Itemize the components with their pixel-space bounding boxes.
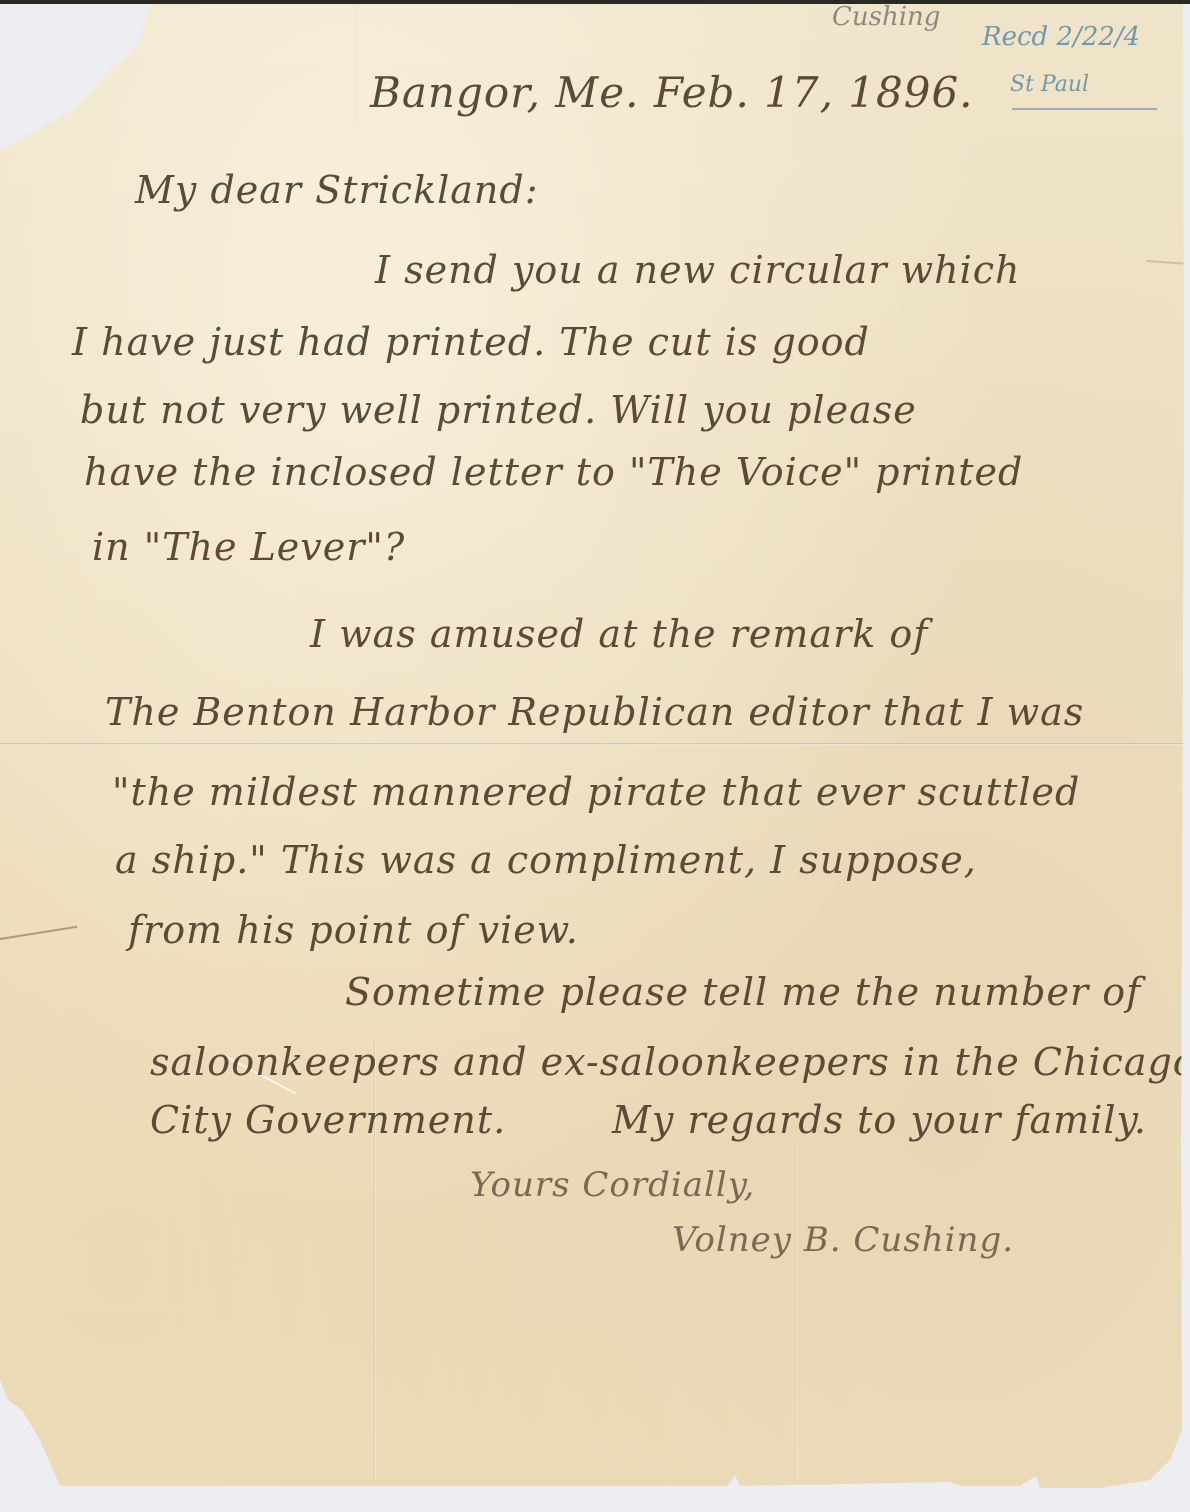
body-line-1: I send you a new circular which — [375, 248, 1020, 292]
horizontal-fold-line — [0, 743, 1184, 745]
body-line-2: I have just had printed. The cut is good — [72, 320, 870, 364]
body-line-8: "the mildest mannered pirate that ever s… — [112, 770, 1080, 814]
body-line-3: but not very well printed. Will you plea… — [80, 388, 917, 432]
body-line-6: I was amused at the remark of — [310, 612, 928, 656]
body-line-9: a ship." This was a compliment, I suppos… — [115, 838, 977, 882]
body-line-12: saloonkeepers and ex-saloonkeepers in th… — [150, 1040, 1190, 1084]
annotation-underline — [1012, 108, 1157, 110]
body-line-4: have the inclosed letter to "The Voice" … — [84, 450, 1023, 494]
signature: Volney B. Cushing. — [672, 1220, 1014, 1260]
scanned-letter: Cushing Recd 2/22/4 St Paul Bangor, Me. … — [0, 0, 1190, 1512]
body-line-5: in "The Lever"? — [92, 525, 405, 569]
body-line-13: City Government. — [150, 1098, 506, 1142]
annotation-name: Cushing — [832, 2, 940, 32]
left-edge-tear — [0, 926, 77, 940]
closing: Yours Cordially, — [470, 1165, 755, 1205]
body-line-7: The Benton Harbor Republican editor that… — [105, 690, 1084, 734]
top-tear-line — [355, 4, 357, 124]
letter-paper: Cushing Recd 2/22/4 St Paul Bangor, Me. … — [0, 0, 1184, 1490]
scanner-edge — [0, 0, 1190, 4]
place-and-date: Bangor, Me. Feb. 17, 1896. — [370, 68, 974, 117]
vertical-fold-line-right — [795, 1150, 797, 1490]
body-line-14: My regards to your family. — [612, 1098, 1147, 1142]
right-edge-tear — [1146, 260, 1184, 265]
salutation: My dear Strickland: — [135, 168, 539, 212]
body-line-10: from his point of view. — [128, 908, 579, 952]
annotation-received-date: Recd 2/22/4 — [982, 22, 1140, 52]
annotation-location: St Paul — [1010, 72, 1089, 97]
body-line-11: Sometime please tell me the number of — [345, 970, 1141, 1014]
